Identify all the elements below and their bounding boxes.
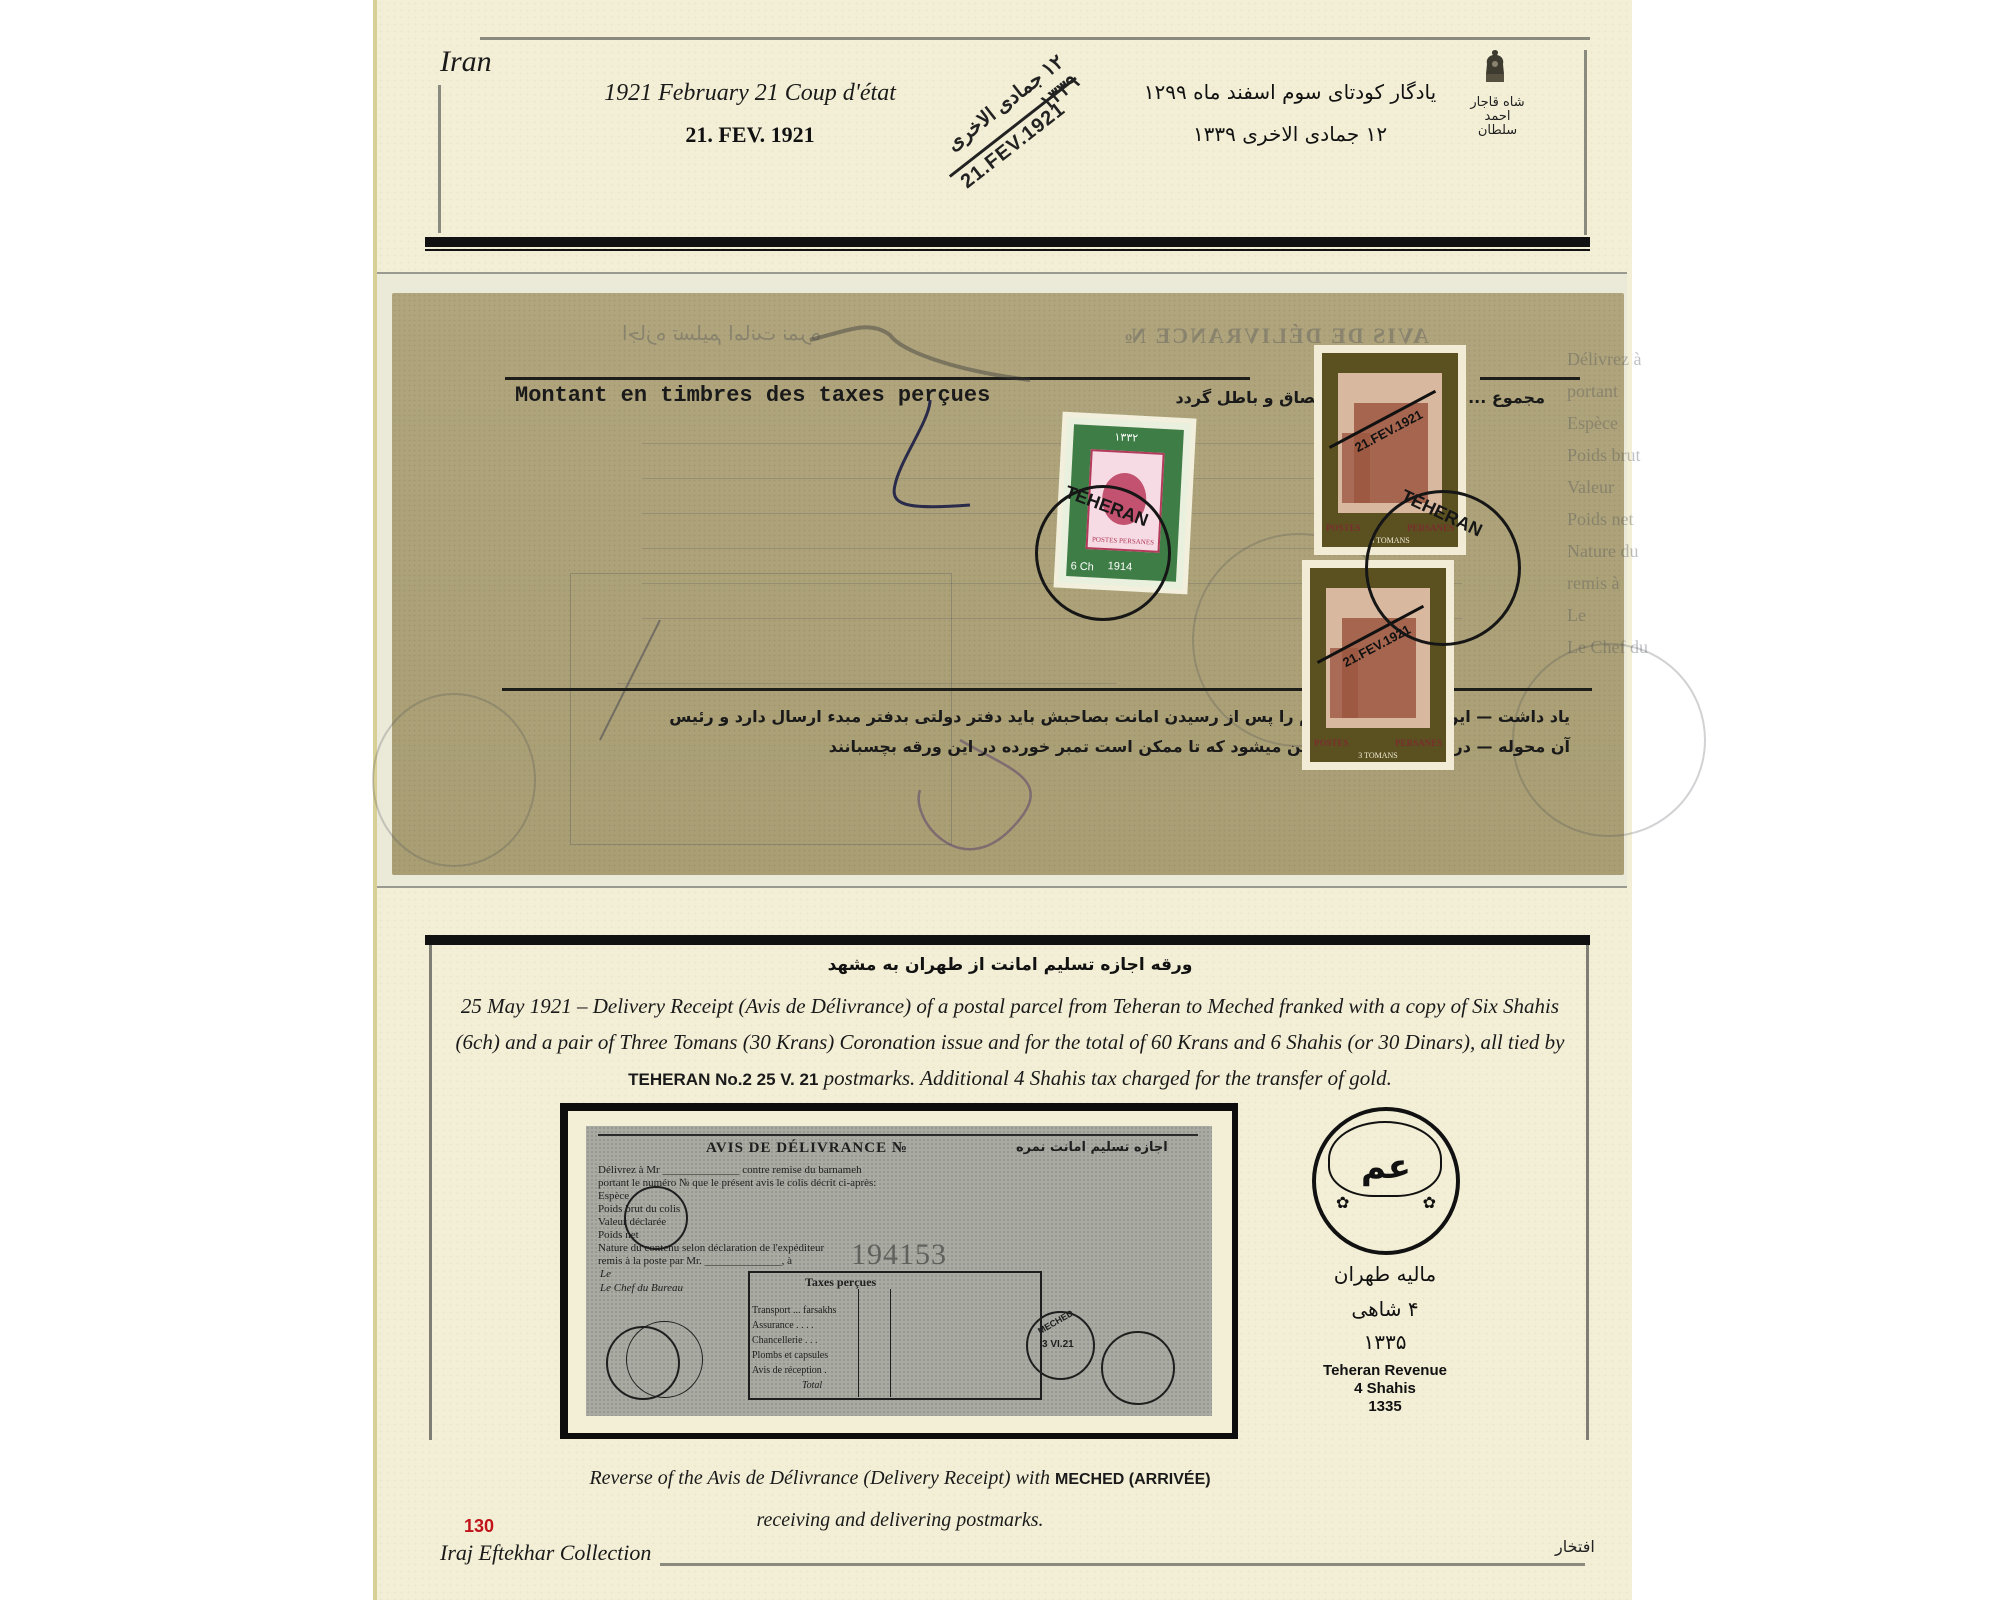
header-persian-line-2: ۱۲ جمادی الاخری ۱۳۳۹ <box>1140 122 1440 146</box>
revenue-persian-2: ۴ شاهی <box>1290 1297 1480 1321</box>
revenue-english: Teheran Revenue 4 Shahis 1335 <box>1290 1362 1480 1416</box>
cover-top-typed-rule-right <box>1480 377 1580 380</box>
stamp-country: POSTESPERSANES <box>1314 738 1442 748</box>
footer-rule <box>660 1563 1585 1566</box>
collection-name: Iraj Eftekhar Collection <box>440 1540 651 1566</box>
description-postmark-bold: TEHERAN No.2 25 V. 21 <box>628 1070 818 1089</box>
reverse-meched-postmark: MECHED 3 VI.21 <box>1026 1311 1095 1380</box>
cover-right-ghost-lines: Délivrez à portant Espèce Poids brut Val… <box>1567 343 1617 663</box>
country-label: Iran <box>440 45 492 79</box>
reverse-receipt-photo: AVIS DE DÉLIVRANCE № اجازه تسلیم امانت ن… <box>586 1126 1212 1416</box>
header-right-rule <box>1584 50 1587 235</box>
pen-mark-scribble <box>790 310 1090 540</box>
header-left-rule <box>438 85 441 233</box>
flower-ornament-icon: ✿ <box>1336 1193 1349 1213</box>
description-text: 25 May 1921 – Delivery Receipt (Avis de … <box>450 988 1570 1098</box>
description-left-rule <box>429 945 432 1440</box>
header-persian-line-1: یادگار کودتای سوم اسفند ماه ۱۲۹۹ <box>1140 80 1440 104</box>
reverse-serial-number: 194153 <box>851 1238 947 1272</box>
caption-postmark-bold: MECHED (ARRIVÉE) <box>1055 1471 1211 1488</box>
description-top-thick-rule <box>425 935 1590 945</box>
revenue-persian-1: مالیه طهران <box>1290 1262 1480 1286</box>
cover-ghost-postmark-left <box>372 693 536 867</box>
description-right-rule <box>1586 945 1589 1440</box>
flower-ornament-icon: ✿ <box>1423 1193 1436 1213</box>
page-date: 21. FEV. 1921 <box>560 122 940 148</box>
reverse-caption: Reverse of the Avis de Délivrance (Deliv… <box>560 1458 1240 1540</box>
reverse-meched-arrivee-postmark <box>1101 1331 1175 1405</box>
header-bottom-thin-rule <box>425 249 1590 251</box>
teheran-postmark-1: TEHERAN <box>1035 485 1171 621</box>
stamp-value: 3 TOMANS <box>1302 751 1454 760</box>
teheran-revenue-seal-icon: عم ✿ ✿ <box>1312 1107 1460 1255</box>
reverse-taxes-table: Taxes perçues Transport ... farsakhs Ass… <box>748 1271 1042 1400</box>
stamp-year-persian: ۱۳۳۲ <box>1114 430 1138 444</box>
page-title: 1921 February 21 Coup d'état <box>560 80 940 107</box>
header-bottom-thick-rule <box>425 237 1590 247</box>
page-number: 130 <box>464 1516 494 1537</box>
teheran-postmark-2: TEHERAN <box>1365 490 1521 646</box>
description-persian-title: ورقه اجازه تسلیم امانت از طهران به مشهد <box>560 955 1460 975</box>
reverse-postmark-top <box>624 1186 688 1250</box>
header-top-rule <box>480 37 1590 40</box>
ahmad-shah-calligraphy-monogram: شاه قاجار احمد سلطان <box>1470 96 1525 146</box>
revenue-persian-3: ۱۳۳۵ <box>1290 1330 1480 1354</box>
qajar-crown-crest-icon <box>1480 48 1510 88</box>
signature: افتخار <box>1555 1537 1595 1556</box>
